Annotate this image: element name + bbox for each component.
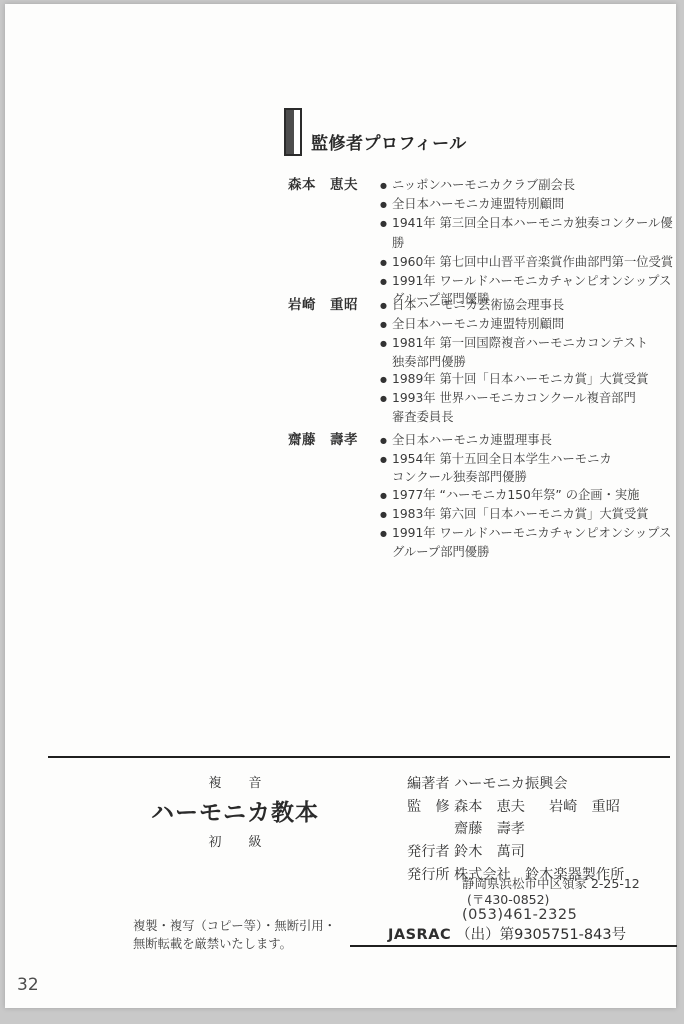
divider-top: [48, 756, 670, 758]
list-item: ●1991年 ワールドハーモニカチャンピオンシップス: [380, 524, 680, 543]
bullet-spacer: [380, 469, 392, 486]
credit-value: ハーモニカ振興会: [454, 773, 568, 796]
list-item: ●1991年 ワールドハーモニカチャンピオンシップス: [380, 272, 680, 291]
jasrac-number: （出）第9305751-843号: [456, 927, 626, 943]
level-label: 初 級: [75, 831, 395, 850]
credit-label: 発行者: [407, 841, 454, 864]
profile-achievement-list: ●日本ハーモニカ芸術協会理事長 ●全日本ハーモニカ連盟特別顧問 ●1981年 第…: [380, 296, 680, 425]
profile-iwasaki: 岩崎 重昭 ●日本ハーモニカ芸術協会理事長 ●全日本ハーモニカ連盟特別顧問 ●1…: [288, 296, 680, 425]
list-item: ●1981年 第一回国際複音ハーモニカコンテスト: [380, 334, 680, 353]
credit-value: 森本 恵夫: [454, 796, 525, 819]
achievement-text: 1991年 ワールドハーモニカチャンピオンシップス: [392, 272, 671, 291]
bullet-icon: ●: [380, 524, 392, 543]
achievement-text: 1954年 第十五回全日本学生ハーモニカ: [392, 450, 612, 469]
copyright-notice-line-1: 複製・複写（コピー等）・無断引用・: [133, 917, 336, 935]
book-page: 監修者プロフィール 森本 恵夫 ●ニッポンハーモニカクラブ副会長 ●全日本ハーモ…: [5, 4, 676, 1008]
credit-label: [407, 818, 454, 841]
credit-row-publisher-person: 発行者 鈴木 萬司: [407, 841, 624, 864]
list-item: ●1960年 第七回中山晋平音楽賞作曲部門第一位受賞: [380, 253, 680, 272]
profile-achievement-list: ●全日本ハーモニカ連盟理事長 ●1954年 第十五回全日本学生ハーモニカ コンク…: [380, 431, 680, 560]
bullet-icon: ●: [380, 315, 392, 334]
bullet-icon: ●: [380, 431, 392, 450]
list-item: ●1989年 第十回「日本ハーモニカ賞」大賞受賞: [380, 370, 680, 389]
publisher-details: 静岡県浜松市中区領家 2-25-12 (〒430-0852) (053)461-…: [462, 876, 640, 924]
credit-row-supervisors: 監 修 森本 恵夫 岩崎 重昭: [407, 796, 624, 819]
publisher-postal-code: (〒430-0852): [467, 892, 640, 908]
section-title: 監修者プロフィール: [311, 136, 467, 156]
list-item-continuation: コンクール独奏部門優勝: [380, 469, 680, 486]
achievement-text: 日本ハーモニカ芸術協会理事長: [392, 296, 564, 315]
list-item: ●全日本ハーモニカ連盟理事長: [380, 431, 680, 450]
jasrac-label: JASRAC: [388, 927, 451, 943]
bullet-icon: ●: [380, 272, 392, 291]
bullet-icon: ●: [380, 334, 392, 353]
section-marker-icon: [284, 108, 302, 156]
profile-name: 齋藤 壽孝: [288, 431, 380, 450]
jasrac-line: JASRAC（出）第9305751-843号: [388, 923, 626, 944]
achievement-text: コンクール独奏部門優勝: [392, 469, 527, 486]
credit-value: 鈴木 萬司: [454, 841, 525, 864]
achievement-text: 1983年 第六回「日本ハーモニカ賞」大賞受賞: [392, 505, 649, 524]
achievement-text: 1977年 “ハーモニカ150年祭” の企画・実施: [392, 486, 639, 505]
list-item: ●全日本ハーモニカ連盟特別顧問: [380, 195, 680, 214]
copyright-notice: 複製・複写（コピー等）・無断引用・ 無断転載を厳禁いたします。: [133, 917, 336, 953]
list-item-continuation: 審査委員長: [380, 409, 680, 426]
series-label: 複 音: [75, 772, 395, 791]
credit-label: 発行所: [407, 864, 454, 887]
section-marker-fill: [286, 110, 294, 154]
divider-bottom: [350, 945, 677, 947]
bullet-icon: ●: [380, 214, 392, 252]
bullet-icon: ●: [380, 370, 392, 389]
achievement-text: 1960年 第七回中山晋平音楽賞作曲部門第一位受賞: [392, 253, 673, 272]
copyright-notice-line-2: 無断転載を厳禁いたします。: [133, 935, 336, 953]
bullet-icon: ●: [380, 253, 392, 272]
bullet-spacer: [380, 409, 392, 426]
list-item: ●1954年 第十五回全日本学生ハーモニカ: [380, 450, 680, 469]
credit-row-editor: 編著者 ハーモニカ振興会: [407, 773, 624, 796]
book-title: ハーモニカ教本: [75, 794, 395, 827]
profile-saito: 齋藤 壽孝 ●全日本ハーモニカ連盟理事長 ●1954年 第十五回全日本学生ハーモ…: [288, 431, 680, 560]
profile-morimoto: 森本 恵夫 ●ニッポンハーモニカクラブ副会長 ●全日本ハーモニカ連盟特別顧問 ●…: [288, 176, 680, 308]
list-item: ●1993年 世界ハーモニカコンクール複音部門: [380, 389, 680, 408]
list-item: ●1983年 第六回「日本ハーモニカ賞」大賞受賞: [380, 505, 680, 524]
bullet-icon: ●: [380, 505, 392, 524]
credit-value: 齋藤 壽孝: [454, 818, 525, 841]
achievement-text: 全日本ハーモニカ連盟理事長: [392, 431, 552, 450]
profile-name: 森本 恵夫: [288, 176, 380, 195]
list-item: ●ニッポンハーモニカクラブ副会長: [380, 176, 680, 195]
page-number: 32: [17, 975, 39, 995]
credit-row-supervisor-2: 齋藤 壽孝: [407, 818, 624, 841]
credits-block: 編著者 ハーモニカ振興会 監 修 森本 恵夫 岩崎 重昭 齋藤 壽孝 発行者 鈴…: [407, 773, 624, 887]
list-item: ●全日本ハーモニカ連盟特別顧問: [380, 315, 680, 334]
achievement-text: 全日本ハーモニカ連盟特別顧問: [392, 195, 564, 214]
list-item: ●1941年 第三回全日本ハーモニカ独奏コンクール優勝: [380, 214, 680, 252]
bullet-icon: ●: [380, 450, 392, 469]
list-item: ●日本ハーモニカ芸術協会理事長: [380, 296, 680, 315]
bullet-spacer: [380, 354, 392, 371]
achievement-text: グループ部門優勝: [392, 544, 489, 561]
credit-value-secondary: 岩崎 重昭: [549, 796, 620, 819]
achievement-text: 全日本ハーモニカ連盟特別顧問: [392, 315, 564, 334]
publisher-address: 静岡県浜松市中区領家 2-25-12: [462, 876, 640, 892]
bullet-icon: ●: [380, 296, 392, 315]
achievement-text: 1941年 第三回全日本ハーモニカ独奏コンクール優勝: [392, 214, 680, 252]
achievement-text: 独奏部門優勝: [392, 354, 466, 371]
profile-achievement-list: ●ニッポンハーモニカクラブ副会長 ●全日本ハーモニカ連盟特別顧問 ●1941年 …: [380, 176, 680, 308]
section-header: 監修者プロフィール: [284, 108, 467, 156]
achievement-text: 1981年 第一回国際複音ハーモニカコンテスト: [392, 334, 648, 353]
publisher-phone: (053)461-2325: [462, 908, 640, 924]
achievement-text: ニッポンハーモニカクラブ副会長: [392, 176, 575, 195]
achievement-text: 審査委員長: [392, 409, 454, 426]
profile-name: 岩崎 重昭: [288, 296, 380, 315]
list-item-continuation: 独奏部門優勝: [380, 354, 680, 371]
bullet-icon: ●: [380, 195, 392, 214]
book-title-block: 複 音 ハーモニカ教本 初 級: [75, 772, 395, 850]
credit-label: 監 修: [407, 796, 454, 819]
credit-label: 編著者: [407, 773, 454, 796]
achievement-text: 1989年 第十回「日本ハーモニカ賞」大賞受賞: [392, 370, 649, 389]
list-item-continuation: グループ部門優勝: [380, 544, 680, 561]
bullet-icon: ●: [380, 176, 392, 195]
list-item: ●1977年 “ハーモニカ150年祭” の企画・実施: [380, 486, 680, 505]
bullet-icon: ●: [380, 486, 392, 505]
achievement-text: 1993年 世界ハーモニカコンクール複音部門: [392, 389, 636, 408]
bullet-spacer: [380, 544, 392, 561]
achievement-text: 1991年 ワールドハーモニカチャンピオンシップス: [392, 524, 671, 543]
bullet-icon: ●: [380, 389, 392, 408]
